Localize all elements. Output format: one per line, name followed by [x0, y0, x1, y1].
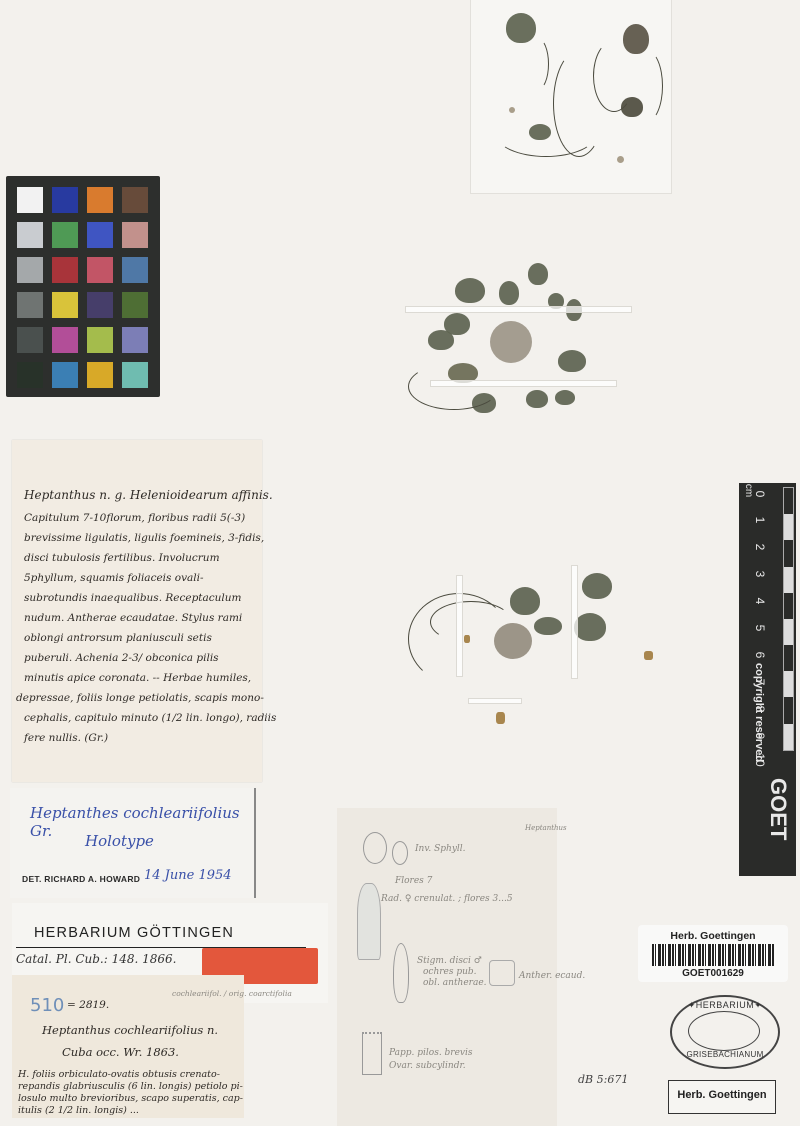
sketch-note: Stigm. disci ♂	[417, 956, 482, 966]
scale-tick: 6	[753, 648, 767, 662]
bract-sketch	[392, 841, 408, 865]
leaf	[526, 390, 548, 408]
collection-ref: = 2819.	[67, 999, 109, 1011]
color-checker-card	[6, 176, 160, 397]
scape	[430, 601, 512, 643]
leaf	[506, 13, 536, 43]
determiner: DET. RICHARD A. HOWARD	[22, 874, 140, 884]
label-line: itulis (2 1/2 lin. longis) ...	[18, 1105, 139, 1116]
color-swatch	[87, 362, 113, 388]
mounting-strip	[571, 565, 578, 679]
leaf	[455, 278, 485, 303]
herb-goettingen-box: Herb. Goettingen	[668, 1080, 776, 1114]
label-line: minutis apice coronata. -- Herbae humile…	[24, 672, 251, 684]
leaf	[499, 281, 519, 305]
generic-description-label: Heptanthus n. g. Helenioidearum affinis.…	[12, 440, 262, 782]
disc-floret-sketch	[393, 943, 409, 1003]
label-line: subrotundis inaequalibus. Receptaculum	[24, 592, 242, 604]
flower-head	[644, 651, 653, 660]
ovary-sketch	[362, 1032, 382, 1075]
color-swatch	[122, 327, 148, 353]
sketch-note: Inv. Sphyll.	[415, 844, 466, 854]
sketch-note: Anther. ecaud.	[519, 971, 585, 981]
herb-box-text: Herb. Goettingen	[669, 1089, 775, 1101]
leaf	[534, 617, 562, 635]
label-line: puberuli. Achenia 2-3/ obconica pilis	[24, 652, 219, 664]
color-swatch	[52, 292, 78, 318]
floret-sketch	[357, 883, 381, 960]
color-swatch	[87, 257, 113, 283]
barcode-icon	[652, 944, 774, 966]
label-line: cephalis, capitulo minuto (1/2 lin. long…	[24, 712, 276, 724]
specimen-plant-lower	[400, 565, 660, 735]
color-swatch	[52, 327, 78, 353]
scale-tick: 1	[753, 513, 767, 527]
color-swatch	[122, 257, 148, 283]
leaf	[528, 263, 548, 285]
stamp-bottom-text: GRISEBACHIANUM	[672, 1050, 778, 1059]
leaf	[555, 390, 575, 405]
sketch-note: obl. antherae.	[423, 978, 487, 988]
flower-head	[464, 635, 470, 643]
copyright-notice: copyright reserved	[753, 663, 765, 762]
sketch-note: ochres pub.	[423, 967, 477, 977]
scape	[495, 110, 597, 157]
herbarium-title: HERBARIUM GÖTTINGEN	[34, 925, 234, 941]
original-collection-label: 510 = 2819. cochleariifol. / orig. coarc…	[12, 975, 244, 1118]
label-line: Heptanthus cochleariifolius n.	[42, 1023, 218, 1037]
color-swatch	[52, 257, 78, 283]
specimen-plant-middle	[400, 255, 635, 415]
analytical-sketch-sheet: Heptanthus Inv. Sphyll. Flores 7 Rad. ♀ …	[337, 808, 557, 1126]
scale-tick: 2	[753, 540, 767, 554]
accession-note: dB 5:671	[578, 1073, 628, 1086]
determination-date: 14 June 1954	[144, 868, 232, 883]
sketch-note: Ovar. subcylindr.	[389, 1061, 466, 1071]
sketch-note: Papp. pilos. brevis	[389, 1048, 473, 1058]
mounting-strip	[405, 306, 632, 313]
involucre-sketch	[363, 832, 387, 864]
color-swatch	[17, 257, 43, 283]
scale-tick: 3	[753, 567, 767, 581]
color-swatch	[87, 222, 113, 248]
determination-label: Heptanthes cochleariifolius Gr. Holotype…	[10, 788, 256, 898]
flower-head	[496, 712, 505, 724]
scale-tick: 0	[753, 487, 767, 501]
label-line: fere nullis. (Gr.)	[24, 732, 108, 744]
scale-tick: 5	[753, 621, 767, 635]
barcode-label: Herb. Goettingen GOET001629	[638, 925, 788, 982]
color-swatch	[52, 187, 78, 213]
catalog-reference: Catal. Pl. Cub.: 148. 1866.	[16, 952, 176, 966]
leaf	[428, 330, 454, 350]
color-swatch	[52, 362, 78, 388]
petiole	[527, 38, 549, 90]
color-swatch	[122, 187, 148, 213]
color-swatch	[87, 327, 113, 353]
color-swatch	[122, 362, 148, 388]
ruler-track	[783, 487, 794, 751]
goet-logo: GOET	[765, 778, 791, 840]
label-line: Cuba occ. Wr. 1863.	[62, 1045, 179, 1059]
sketch-corner-note: Heptanthus	[525, 824, 567, 832]
color-swatch	[122, 222, 148, 248]
label-line: depressae, foliis longe petiolatis, scap…	[16, 692, 264, 704]
stamp-top-text: ✦HERBARIUM✦	[672, 1000, 778, 1011]
flower-head	[490, 321, 532, 363]
stamp-inner-ring	[688, 1011, 760, 1051]
color-swatch	[87, 187, 113, 213]
herbarium-stamp: ✦HERBARIUM✦ GRISEBACHIANUM	[670, 995, 780, 1069]
leaf	[582, 573, 612, 599]
label-line: brevissime ligulatis, ligulis foemineis,…	[24, 532, 264, 544]
type-status: Holotype	[85, 832, 154, 850]
label-line: losulo multo brevioribus, scapo superati…	[18, 1093, 243, 1104]
sketch-note: Flores 7	[395, 876, 432, 886]
label-line: oblongi antrorsum planiusculi setis	[24, 632, 212, 644]
scale-bar: cm 0 1 2 3 4 5 6 7 8 9 10 copyright rese…	[739, 483, 796, 876]
label-line: Capitulum 7-10florum, floribus radii 5(-…	[24, 512, 245, 524]
color-swatch	[122, 292, 148, 318]
barcode-title: Herb. Goettingen	[638, 930, 788, 942]
corner-note: cochleariifol. / orig. coarctifolia	[172, 989, 292, 998]
leaf	[574, 613, 606, 641]
label-line: disci tubulosis fertilibus. Involucrum	[24, 552, 220, 564]
label-line: H. foliis orbiculato-ovatis obtusis cren…	[18, 1069, 220, 1080]
mounting-strip	[468, 698, 522, 704]
mounting-strip	[430, 380, 617, 387]
label-line: Heptanthus n. g. Helenioidearum affinis.	[24, 488, 273, 502]
anther-sketch	[489, 960, 515, 986]
scale-tick: 4	[753, 594, 767, 608]
color-swatch	[17, 187, 43, 213]
flower-head	[509, 107, 515, 113]
leaf	[510, 587, 540, 615]
flower-head	[617, 156, 624, 163]
color-swatch	[17, 222, 43, 248]
collection-number: 510	[30, 995, 64, 1016]
sketch-note: Rad. ♀ crenulat. ; flores 3...5	[381, 894, 513, 904]
color-swatch	[87, 292, 113, 318]
mounting-strip	[456, 575, 463, 677]
leaf	[621, 97, 643, 117]
color-swatch	[17, 327, 43, 353]
barcode-number: GOET001629	[638, 968, 788, 979]
specimen-packet	[470, 0, 672, 194]
color-swatch	[17, 292, 43, 318]
label-line: repandis glabriusculis (6 lin. longis) p…	[18, 1081, 243, 1092]
color-swatch	[52, 222, 78, 248]
color-swatch	[17, 362, 43, 388]
leaf	[558, 350, 586, 372]
label-line: 5phyllum, squamis foliaceis ovali-	[24, 572, 204, 584]
label-line: nudum. Antherae ecaudatae. Stylus rami	[24, 612, 242, 624]
